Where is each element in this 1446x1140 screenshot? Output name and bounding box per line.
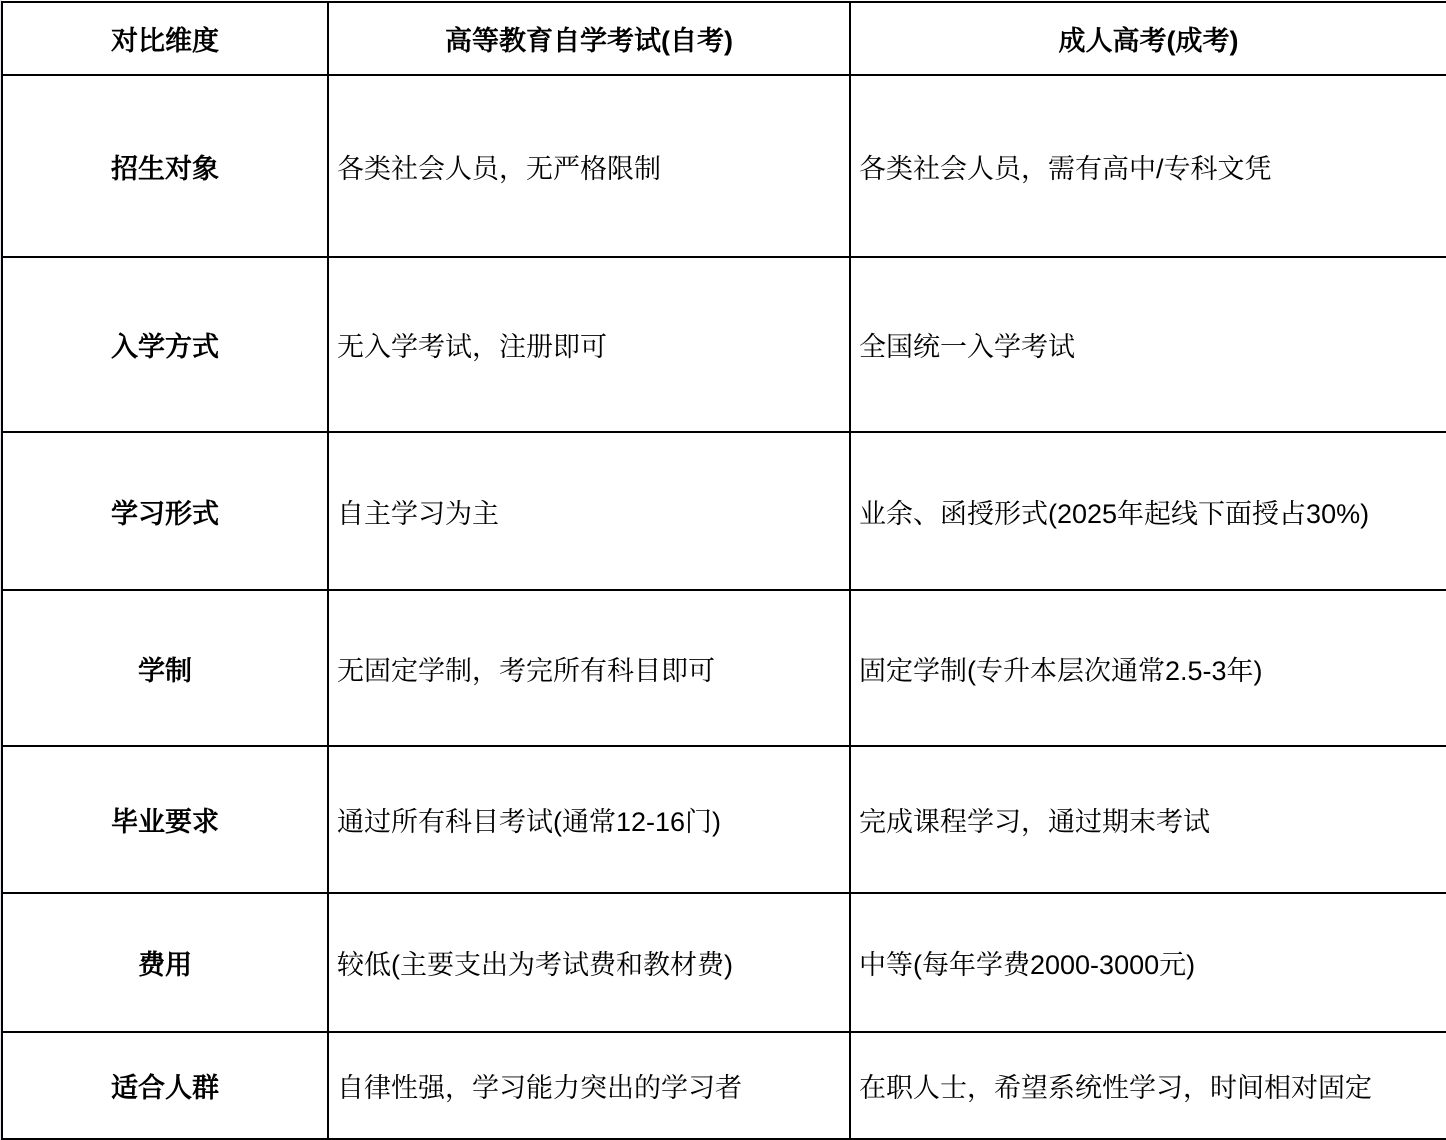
row-chengkao-value: 完成课程学习，通过期末考试 <box>850 746 1446 893</box>
table-row: 招生对象 各类社会人员，无严格限制 各类社会人员，需有高中/专科文凭 <box>2 75 1446 257</box>
row-chengkao-value: 固定学制(专升本层次通常2.5-3年) <box>850 590 1446 746</box>
row-chengkao-value: 各类社会人员，需有高中/专科文凭 <box>850 75 1446 257</box>
row-chengkao-value: 中等(每年学费2000-3000元) <box>850 893 1446 1032</box>
header-row: 对比维度 高等教育自学考试(自考) 成人高考(成考) <box>2 2 1446 75</box>
row-dimension: 费用 <box>2 893 328 1032</box>
table-row: 适合人群 自律性强，学习能力突出的学习者 在职人士，希望系统性学习，时间相对固定 <box>2 1032 1446 1139</box>
row-dimension: 入学方式 <box>2 257 328 432</box>
comparison-table: 对比维度 高等教育自学考试(自考) 成人高考(成考) 招生对象 各类社会人员，无… <box>1 1 1446 1140</box>
header-zikao: 高等教育自学考试(自考) <box>328 2 850 75</box>
row-chengkao-value: 在职人士，希望系统性学习，时间相对固定 <box>850 1032 1446 1139</box>
row-zikao-value: 自律性强，学习能力突出的学习者 <box>328 1032 850 1139</box>
row-dimension: 招生对象 <box>2 75 328 257</box>
row-chengkao-value: 业余、函授形式(2025年起线下面授占30%) <box>850 432 1446 590</box>
row-zikao-value: 各类社会人员，无严格限制 <box>328 75 850 257</box>
row-chengkao-value: 全国统一入学考试 <box>850 257 1446 432</box>
row-dimension: 学制 <box>2 590 328 746</box>
table-row: 学制 无固定学制，考完所有科目即可 固定学制(专升本层次通常2.5-3年) <box>2 590 1446 746</box>
table-row: 毕业要求 通过所有科目考试(通常12-16门) 完成课程学习，通过期末考试 <box>2 746 1446 893</box>
row-zikao-value: 自主学习为主 <box>328 432 850 590</box>
row-dimension: 学习形式 <box>2 432 328 590</box>
row-zikao-value: 无入学考试，注册即可 <box>328 257 850 432</box>
row-dimension: 毕业要求 <box>2 746 328 893</box>
row-zikao-value: 通过所有科目考试(通常12-16门) <box>328 746 850 893</box>
row-zikao-value: 无固定学制，考完所有科目即可 <box>328 590 850 746</box>
table-row: 入学方式 无入学考试，注册即可 全国统一入学考试 <box>2 257 1446 432</box>
table-row: 学习形式 自主学习为主 业余、函授形式(2025年起线下面授占30%) <box>2 432 1446 590</box>
header-dimension: 对比维度 <box>2 2 328 75</box>
table-row: 费用 较低(主要支出为考试费和教材费) 中等(每年学费2000-3000元) <box>2 893 1446 1032</box>
header-chengkao: 成人高考(成考) <box>850 2 1446 75</box>
row-dimension: 适合人群 <box>2 1032 328 1139</box>
row-zikao-value: 较低(主要支出为考试费和教材费) <box>328 893 850 1032</box>
